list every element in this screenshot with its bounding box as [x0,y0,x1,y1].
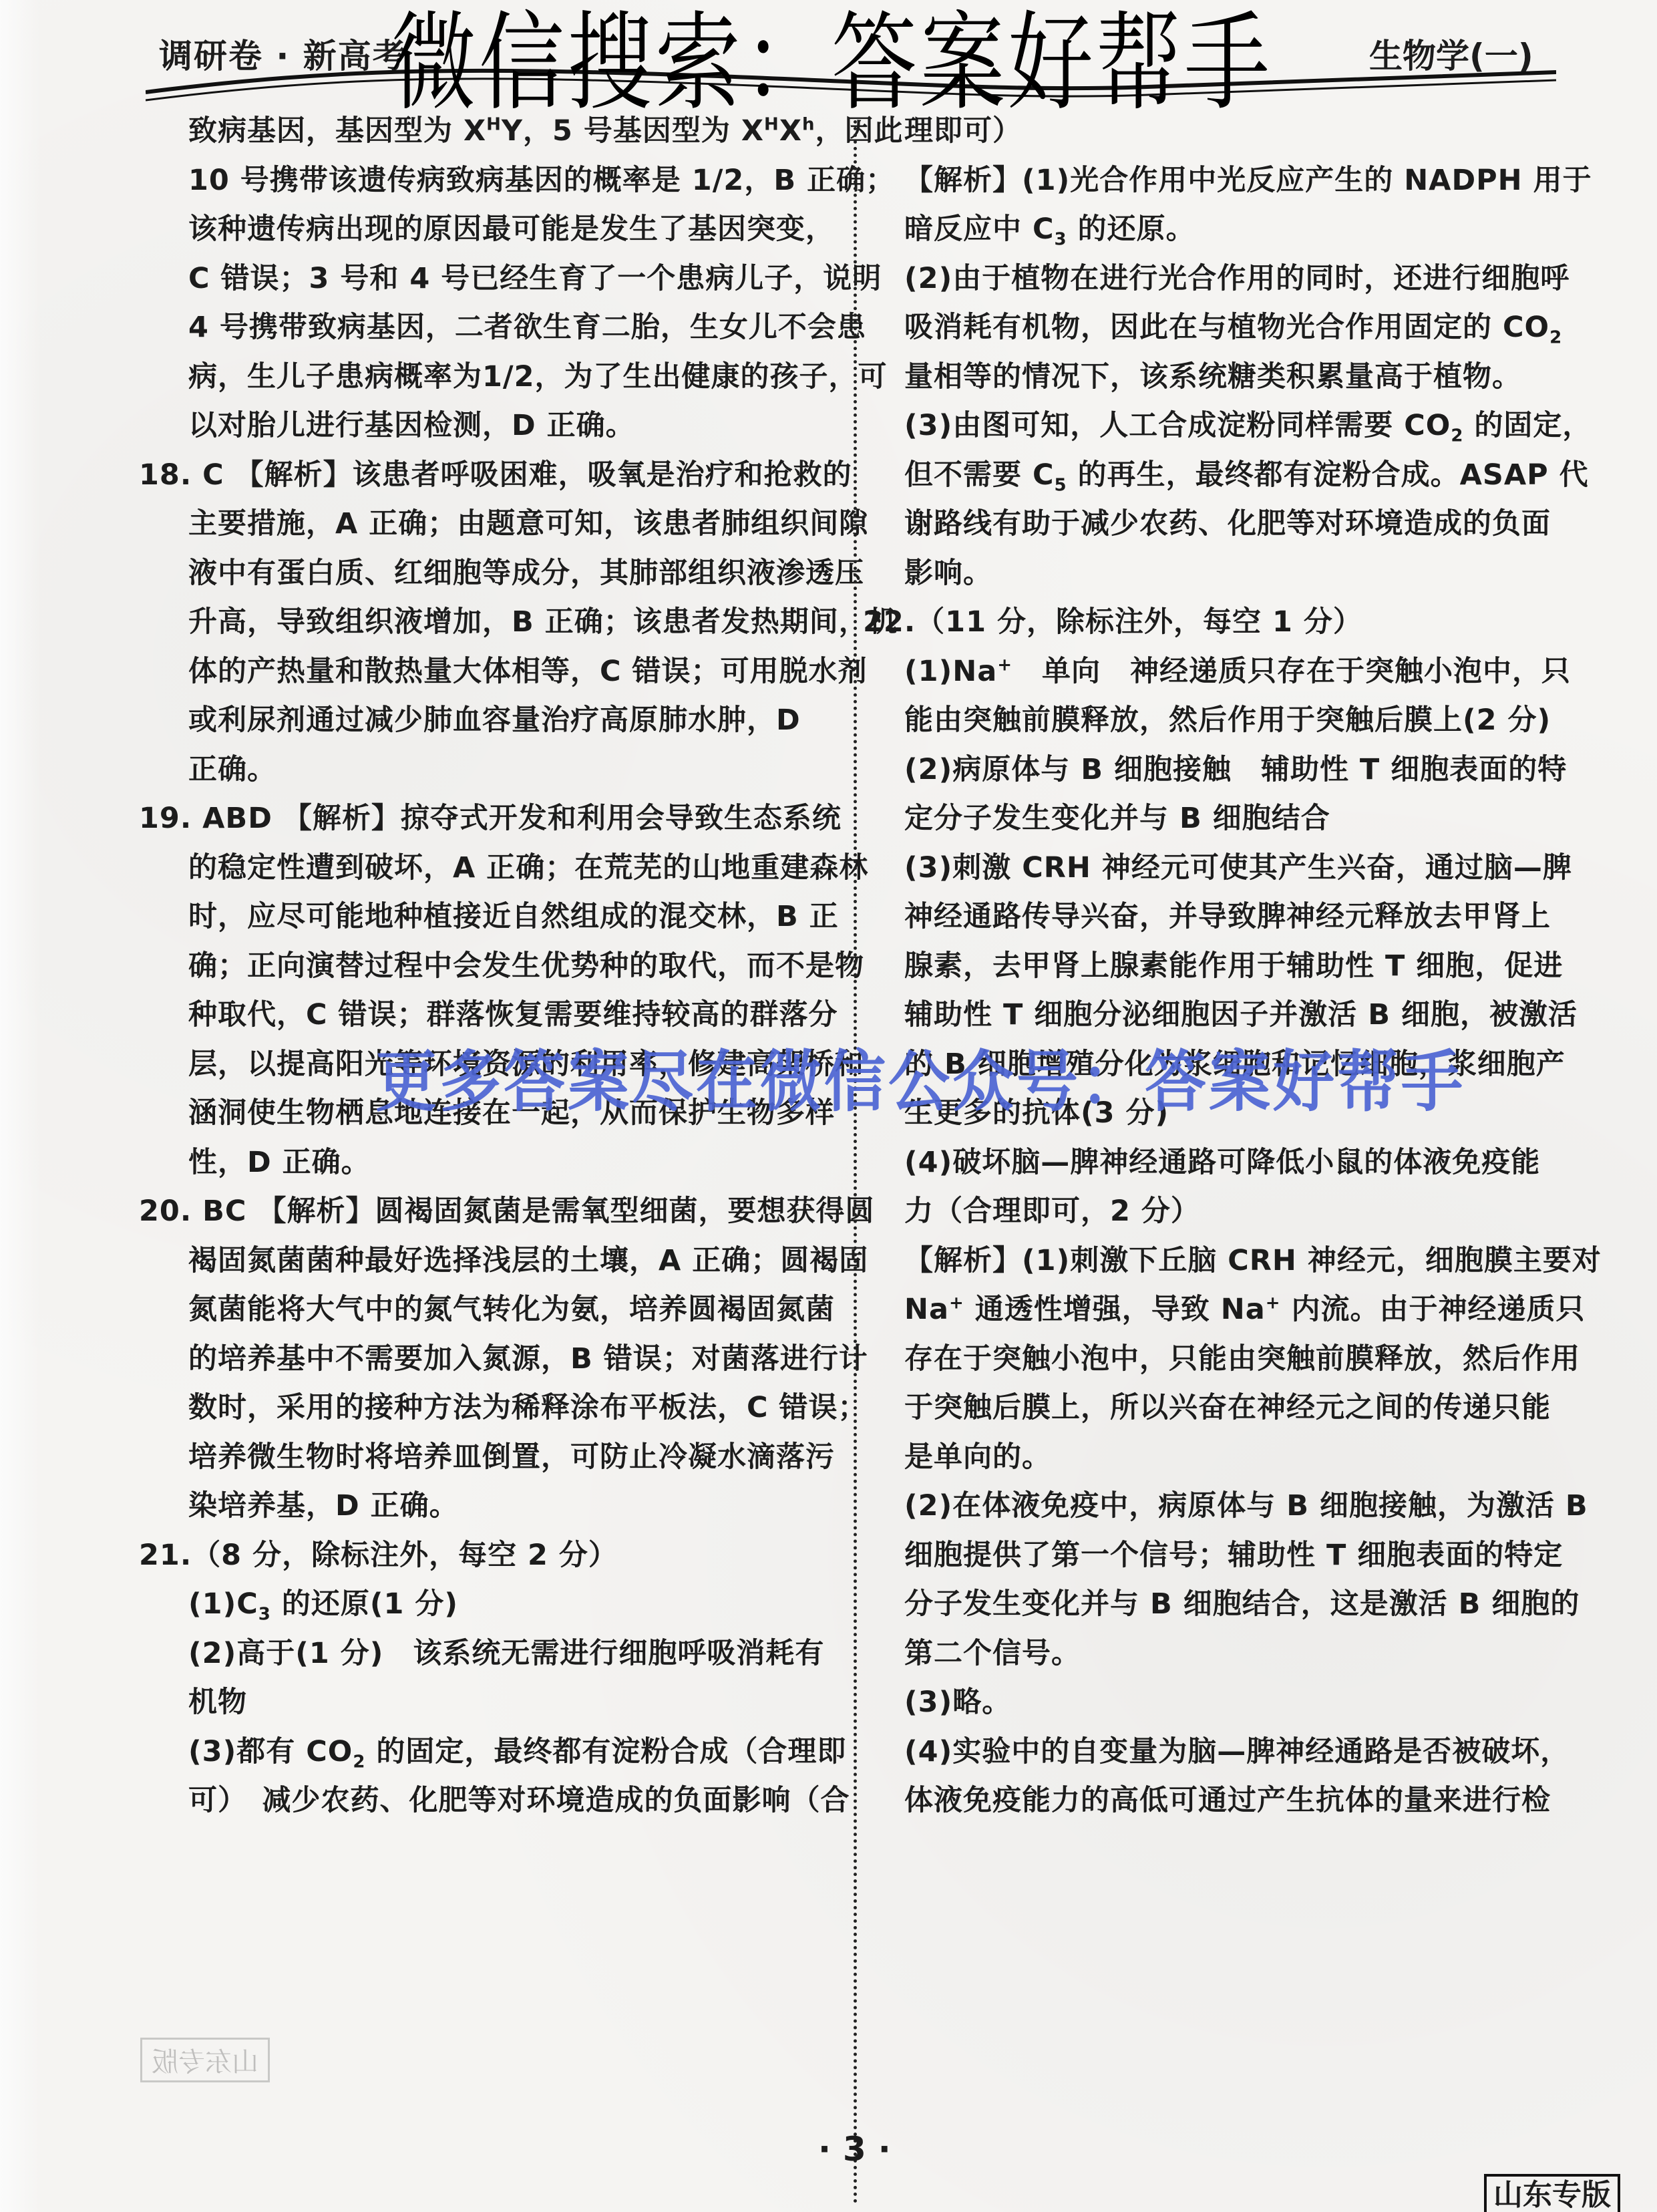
text-line: 升高，导致组织液增加，B 正确；该患者发热期间，机 [179,598,837,647]
text-line: 神经通路传导兴奋，并导致脾神经元释放去甲肾上 [895,893,1603,942]
text-line: Na+ 通透性增强，导致 Na+ 内流。由于神经递质只 [895,1285,1603,1335]
text-line: 4 号携带致病基因，二者欲生育二胎，生女儿不会患 [179,303,837,353]
text-line: 能由突触前膜释放，然后作用于突触后膜上(2 分) [895,696,1603,746]
text-line: 的培养基中不需要加入氮源，B 错误；对菌落进行计 [179,1335,837,1384]
text-line: 时，应尽可能地种植接近自然组成的混交林，B 正 [179,893,837,942]
text-line: 正确。 [179,746,837,795]
text-line: 辅助性 T 细胞分泌细胞因子并激活 B 细胞，被激活 [895,991,1603,1040]
text-line: 吸消耗有机物，因此在与植物光合作用固定的 CO2 [895,303,1603,353]
left-column: 致病基因，基因型为 XHY，5 号基因型为 XHXh，因此10 号携带该遗传病致… [179,107,837,1826]
text-line: 体的产热量和散热量大体相等，C 错误；可用脱水剂 [179,647,837,697]
text-line: 机物 [179,1678,837,1728]
top-watermark-text: 微信搜索：答案好帮手 [391,5,1272,122]
text-line: 是单向的。 [895,1433,1603,1482]
text-line: 22.（11 分，除标注外，每空 1 分） [863,598,1603,647]
text-line: (3)由图可知，人工合成淀粉同样需要 CO2 的固定， [895,402,1603,451]
text-line: 影响。 [895,549,1603,599]
text-line: 【解析】(1)刺激下丘脑 CRH 神经元，细胞膜主要对 [895,1237,1603,1286]
text-line: 氮菌能将大气中的氮气转化为氨，培养圆褐固氮菌 [179,1285,837,1335]
text-line: 10 号携带该遗传病致病基因的概率是 1/2，B 正确； [179,156,837,206]
text-line: 体液免疫能力的高低可通过产生抗体的量来进行检 [895,1776,1603,1826]
text-line: 量相等的情况下，该系统糖类积累量高于植物。 [895,353,1603,402]
text-line: 以对胎儿进行基因检测，D 正确。 [179,402,837,451]
text-line: C 错误；3 号和 4 号已经生育了一个患病儿子，说明 [179,255,837,304]
text-line: 性，D 正确。 [179,1138,837,1188]
text-line: 理即可） [895,107,1603,156]
text-line: 该种遗传病出现的原因最可能是发生了基因突变， [179,205,837,255]
text-line: (2)在体液免疫中，病原体与 B 细胞接触，为激活 B [895,1482,1603,1531]
edition-badge: 山东专版 [1484,2174,1620,2212]
text-line: 21.（8 分，除标注外，每空 2 分） [139,1531,837,1581]
text-line: 但不需要 C5 的再生，最终都有淀粉合成。ASAP 代 [895,451,1603,500]
text-line: (2)高于(1 分) 该系统无需进行细胞呼吸消耗有 [179,1629,837,1679]
text-line: (2)由于植物在进行光合作用的同时，还进行细胞呼 [895,255,1603,304]
text-line: 暗反应中 C3 的还原。 [895,205,1603,255]
page-edge-shadow [0,0,40,2212]
text-line: 第二个信号。 [895,1629,1603,1679]
text-line: 种取代，C 错误；群落恢复需要维持较高的群落分 [179,991,837,1040]
text-line: 谢路线有助于减少农药、化肥等对环境造成的负面 [895,500,1603,549]
column-divider [854,120,857,2205]
text-line: 19. ABD 【解析】掠夺式开发和利用会导致生态系统 [139,794,837,844]
text-line: 致病基因，基因型为 XHY，5 号基因型为 XHXh，因此 [179,107,837,156]
text-line: (4)实验中的自变量为脑—脾神经通路是否被破坏， [895,1728,1603,1777]
text-line: (1)C3 的还原(1 分) [179,1580,837,1629]
text-line: 定分子发生变化并与 B 细胞结合 [895,794,1603,844]
text-line: 力（合理即可，2 分） [895,1187,1603,1237]
text-line: 18. C 【解析】该患者呼吸困难，吸氧是治疗和抢救的 [139,451,837,500]
text-line: 于突触后膜上，所以兴奋在神经元之间的传递只能 [895,1384,1603,1433]
text-line: 确；正向演替过程中会发生优势种的取代，而不是物 [179,942,837,991]
text-line: 腺素，去甲肾上腺素能作用于辅助性 T 细胞，促进 [895,942,1603,991]
text-line: 液中有蛋白质、红细胞等成分，其肺部组织液渗透压 [179,549,837,599]
text-line: 存在于突触小泡中，只能由突触前膜释放，然后作用 [895,1335,1603,1384]
text-line: 数时，采用的接种方法为稀释涂布平板法，C 错误； [179,1384,837,1433]
text-line: 细胞提供了第一个信号；辅助性 T 细胞表面的特定 [895,1531,1603,1581]
text-line: 褐固氮菌菌种最好选择浅层的土壤，A 正确；圆褐固 [179,1237,837,1286]
text-line: 的稳定性遭到破坏，A 正确；在荒芜的山地重建森林 [179,844,837,893]
overlay-watermark: 更多答案尽在微信公众号：答案好帮手 [375,1043,1465,1122]
text-line: 20. BC 【解析】圆褐固氮菌是需氧型细菌，要想获得圆 [139,1187,837,1237]
text-line: (3)略。 [895,1678,1603,1728]
text-line: 主要措施，A 正确；由题意可知，该患者肺组织间隙 [179,500,837,549]
text-line: 培养微生物时将培养皿倒置，可防止冷凝水滴落污 [179,1433,837,1482]
text-line: (4)破坏脑—脾神经通路可降低小鼠的体液免疫能 [895,1138,1603,1188]
text-line: (2)病原体与 B 细胞接触 辅助性 T 细胞表面的特 [895,746,1603,795]
text-line: 病，生儿子患病概率为1/2，为了生出健康的孩子，可 [179,353,837,402]
text-line: (3)刺激 CRH 神经元可使其产生兴奋，通过脑—脾 [895,844,1603,893]
right-column: 理即可）【解析】(1)光合作用中光反应产生的 NADPH 用于暗反应中 C3 的… [895,107,1603,1826]
text-line: 或利尿剂通过减少肺血容量治疗高原肺水肿，D [179,696,837,746]
bleed-through-stamp: 山东专版 [140,2038,270,2082]
text-line: 分子发生变化并与 B 细胞结合，这是激活 B 细胞的 [895,1580,1603,1629]
text-line: (3)都有 CO2 的固定，最终都有淀粉合成（合理即 [179,1728,837,1777]
text-line: 可） 减少农药、化肥等对环境造成的负面影响（合 [179,1776,837,1826]
text-line: 【解析】(1)光合作用中光反应产生的 NADPH 用于 [895,156,1603,206]
page-number: ·3· [818,2130,903,2169]
text-line: (1)Na+ 单向 神经递质只存在于突触小泡中，只 [895,647,1603,697]
text-line: 染培养基，D 正确。 [179,1482,837,1531]
